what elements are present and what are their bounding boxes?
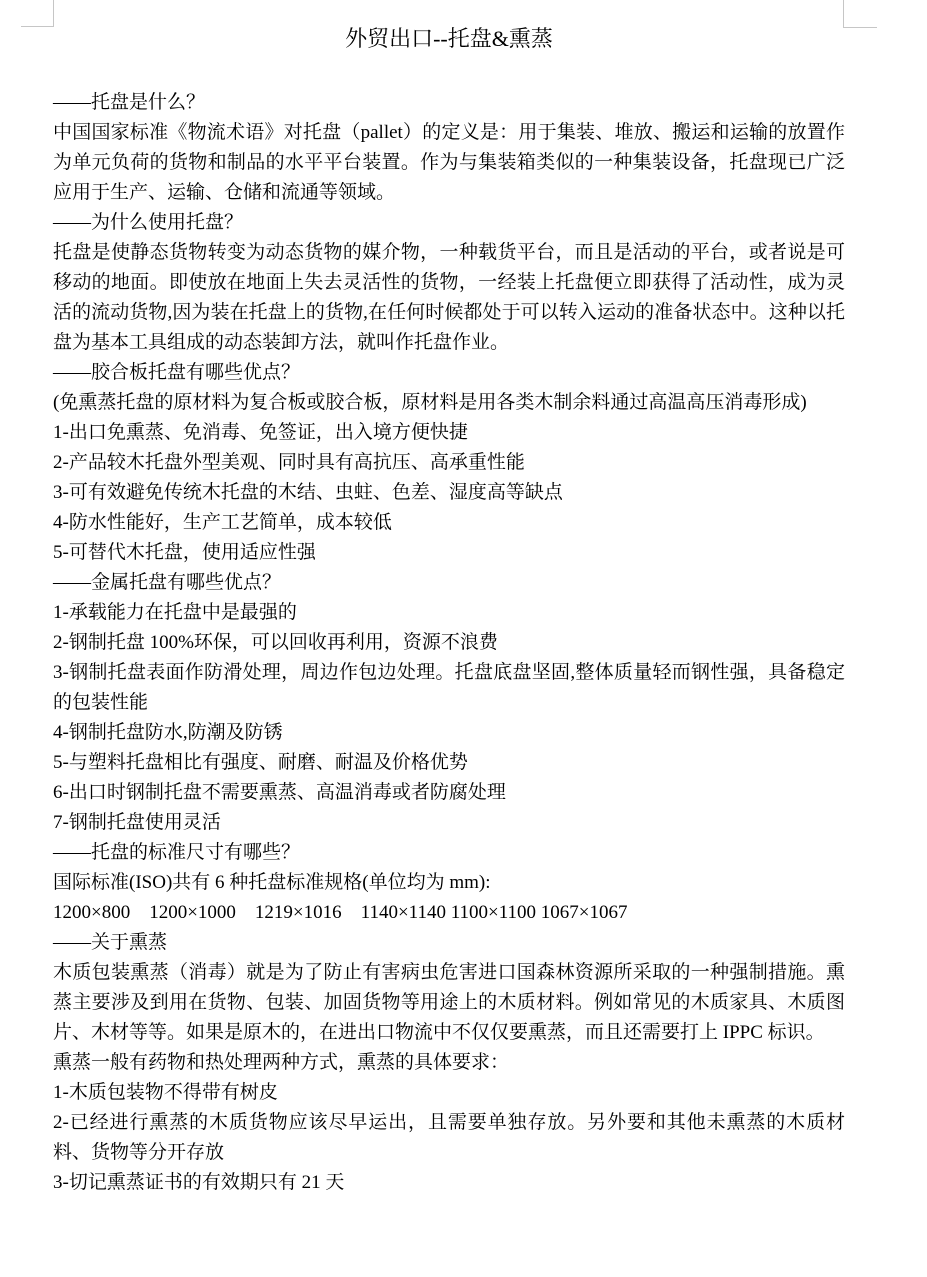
paragraph[interactable]: 1-木质包装物不得带有树皮 (53, 1078, 845, 1108)
paragraph[interactable]: ——为什么使用托盘？ (53, 208, 845, 238)
paragraph[interactable]: 托盘是使静态货物转变为动态货物的媒介物，一种载货平台，而且是活动的平台，或者说是… (53, 238, 845, 358)
paragraph[interactable]: ——托盘的标准尺寸有哪些？ (53, 838, 845, 868)
paragraph[interactable]: 2-已经进行熏蒸的木质货物应该尽早运出，且需要单独存放。另外要和其他未熏蒸的木质… (53, 1108, 845, 1168)
margin-crop-mark-top-left (21, 0, 54, 27)
paragraph[interactable]: 木质包装熏蒸（消毒）就是为了防止有害病虫危害进口国森林资源所采取的一种强制措施。… (53, 958, 845, 1048)
paragraph[interactable]: 7-钢制托盘使用灵活 (53, 808, 845, 838)
paragraph[interactable]: 1-出口免熏蒸、免消毒、免签证，出入境方便快捷 (53, 418, 845, 448)
paragraph[interactable]: 3-切记熏蒸证书的有效期只有 21 天 (53, 1168, 845, 1198)
paragraph[interactable]: 5-与塑料托盘相比有强度、耐磨、耐温及价格优势 (53, 748, 845, 778)
paragraph[interactable]: ——胶合板托盘有哪些优点？ (53, 358, 845, 388)
paragraph[interactable]: 5-可替代木托盘，使用适应性强 (53, 538, 845, 568)
paragraph[interactable]: 2-钢制托盘 100%环保，可以回收再利用，资源不浪费 (53, 628, 845, 658)
paragraph[interactable]: (免熏蒸托盘的原材料为复合板或胶合板，原材料是用各类木制余料通过高温高压消毒形成… (53, 388, 845, 418)
paragraph[interactable]: 3-可有效避免传统木托盘的木结、虫蛀、色差、湿度高等缺点 (53, 478, 845, 508)
paragraph[interactable]: ——金属托盘有哪些优点？ (53, 568, 845, 598)
paragraph[interactable]: 1-承载能力在托盘中是最强的 (53, 598, 845, 628)
paragraph[interactable]: 4-钢制托盘防水,防潮及防锈 (53, 718, 845, 748)
paragraph[interactable]: 国际标准(ISO)共有 6 种托盘标准规格(单位均为 mm): (53, 868, 845, 898)
document-title[interactable]: 外贸出口--托盘&熏蒸 (53, 24, 845, 54)
paragraph[interactable]: ——托盘是什么？ (53, 88, 845, 118)
paragraph[interactable]: 中国国家标准《物流术语》对托盘（pallet）的定义是：用于集装、堆放、搬运和运… (53, 118, 845, 208)
document-body-text[interactable]: ——托盘是什么？中国国家标准《物流术语》对托盘（pallet）的定义是：用于集装… (53, 88, 845, 1198)
paragraph[interactable]: 6-出口时钢制托盘不需要熏蒸、高温消毒或者防腐处理 (53, 778, 845, 808)
paragraph[interactable]: 1200×800 1200×1000 1219×1016 1140×1140 1… (53, 898, 845, 928)
margin-crop-mark-top-right (843, 0, 877, 28)
paragraph[interactable]: 熏蒸一般有药物和热处理两种方式，熏蒸的具体要求： (53, 1048, 845, 1078)
document-page: 外贸出口--托盘&熏蒸 ——托盘是什么？中国国家标准《物流术语》对托盘（pall… (0, 0, 927, 1277)
paragraph[interactable]: 3-钢制托盘表面作防滑处理，周边作包边处理。托盘底盘坚固,整体质量轻而钢性强，具… (53, 658, 845, 718)
paragraph[interactable]: 2-产品较木托盘外型美观、同时具有高抗压、高承重性能 (53, 448, 845, 478)
paragraph[interactable]: 4-防水性能好，生产工艺简单，成本较低 (53, 508, 845, 538)
paragraph[interactable]: ——关于熏蒸 (53, 928, 845, 958)
